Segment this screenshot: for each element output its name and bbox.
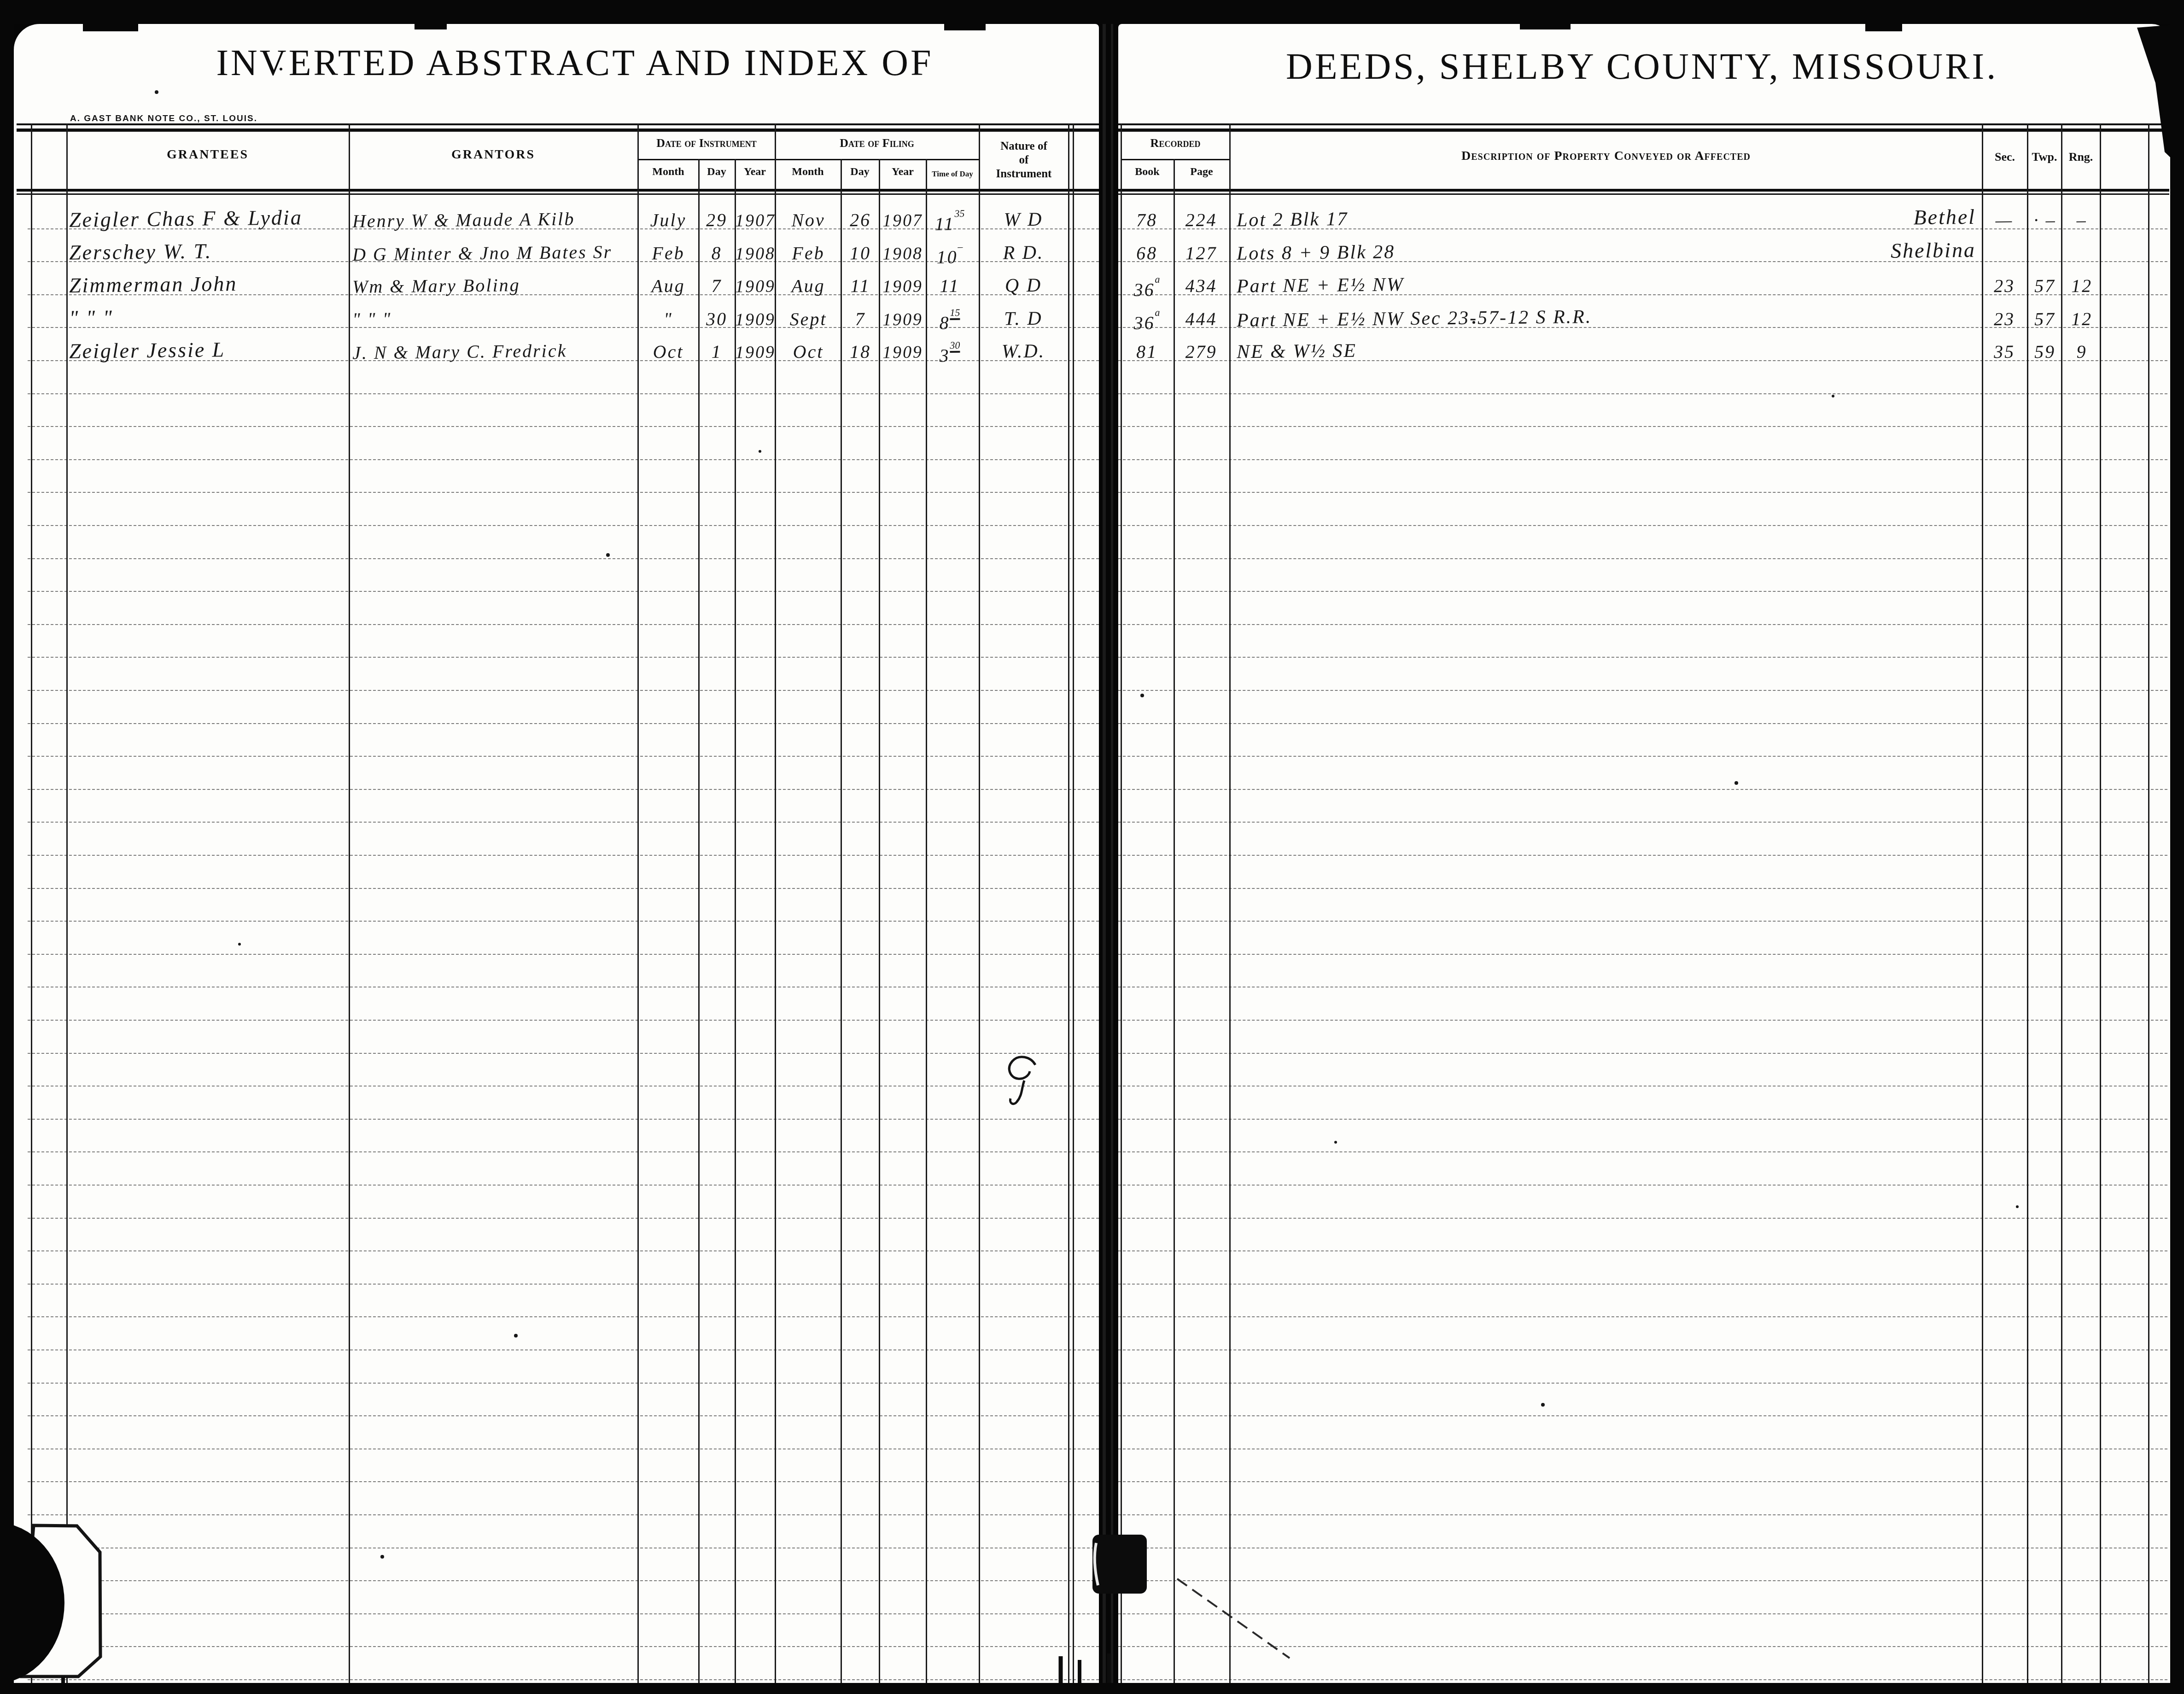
rule [1121, 159, 1230, 160]
row-rule [1118, 921, 2167, 922]
col-header-grantees: GRANTEES [167, 147, 249, 162]
cell-book: 36a [1133, 275, 1160, 301]
book-suffix: a [1155, 273, 1160, 285]
row-rule [1118, 525, 2167, 526]
row-rule [1118, 459, 2167, 460]
row-rule [28, 1218, 1099, 1219]
cell-inst-day: 1 [711, 341, 722, 363]
cell-file-day: 10 [850, 242, 871, 264]
cell-time-of-day: 815 [939, 308, 960, 334]
scan-edge-left [0, 0, 14, 1694]
cell-file-year: 1909 [882, 276, 923, 298]
row-rule [1118, 1284, 2167, 1285]
cell-book: 68 [1136, 242, 1158, 264]
cell-desc: NE & W½ SE [1237, 339, 1357, 364]
cell-rng: 12 [2071, 308, 2093, 330]
scan-edge-right [2170, 0, 2184, 1694]
time-superscript: 35 [954, 207, 964, 219]
cell-nature: T. D [1004, 307, 1043, 331]
scan-edge-bottom [0, 1683, 2184, 1694]
col-header-inst-month: Month [652, 166, 684, 178]
row-rule [28, 492, 1099, 493]
row-rule [1118, 1316, 2167, 1317]
cell-grantees: Zimmerman John [69, 271, 238, 298]
cell-place: Bethel [1515, 205, 1976, 234]
row-rule [1118, 1548, 2167, 1548]
cell-grantees: Zerschey W. T. [69, 238, 212, 265]
row-rule [1118, 822, 2167, 823]
cell-inst-day: 30 [706, 308, 728, 330]
row-rule [1118, 756, 2167, 757]
row-rule [1118, 1151, 2167, 1152]
cell-page: 434 [1185, 275, 1217, 298]
cell-inst-day: 8 [711, 242, 722, 264]
cell-book: 78 [1136, 209, 1158, 231]
row-rule [28, 921, 1099, 922]
row-rule [1118, 1053, 2167, 1054]
cell-sec: — [1995, 209, 2013, 231]
cell-sec: 23 [1994, 275, 2015, 297]
row-rule [28, 855, 1099, 856]
row-rule [28, 1514, 1099, 1515]
row-rule [28, 1548, 1099, 1548]
nature-line-2: of [996, 153, 1052, 167]
cell-inst-month: Aug [651, 275, 685, 298]
row-rule [1118, 1514, 2167, 1515]
row-rule [28, 789, 1099, 790]
cell-grantors: Wm & Mary Boling [352, 274, 520, 298]
cell-grantors: J. N & Mary C. Fredrick [352, 340, 567, 364]
row-rule [1118, 492, 2167, 493]
cell-inst-day: 7 [711, 275, 722, 297]
cell-desc: Part NE + E½ NW [1237, 273, 1404, 298]
row-rule [1118, 624, 2167, 625]
cell-inst-year: 1907 [735, 210, 776, 232]
cell-file-year: 1909 [882, 309, 923, 331]
row-rule [1118, 1679, 2167, 1680]
ledger-scan: INVERTED ABSTRACT AND INDEX OF DEEDS, SH… [0, 0, 2184, 1694]
col-header-inst-year: Year [744, 166, 766, 178]
col-header-file-month: Month [792, 166, 823, 178]
row-rule [1118, 1646, 2167, 1647]
time-superscript: – [958, 240, 963, 252]
row-rule [28, 657, 1099, 658]
row-rule [28, 1185, 1099, 1186]
cell-file-day: 18 [850, 341, 871, 363]
cell-file-year: 1907 [882, 210, 923, 232]
cell-desc: Lots 8 + 9 Blk 28 [1237, 240, 1396, 265]
row-rule [1118, 954, 2167, 955]
row-rule [1118, 591, 2167, 592]
nature-line-1: Nature of [996, 140, 1052, 153]
book-suffix: a [1155, 306, 1160, 318]
row-rule [28, 327, 1099, 328]
cell-time-of-day: 10– [936, 242, 963, 269]
nature-line-3: Instrument [996, 167, 1052, 181]
cell-rng: – [2076, 209, 2087, 231]
cell-time-of-day: 330 [939, 341, 960, 367]
row-rule [1118, 855, 2167, 856]
cell-inst-month: " [664, 308, 673, 330]
row-rule [1118, 1020, 2167, 1021]
col-header-description: Description of Property Conveyed or Affe… [1461, 149, 1751, 164]
rule [17, 193, 1099, 195]
cell-grantees: Zeigler Chas F & Lydia [69, 204, 303, 232]
cell-book: 36a [1133, 308, 1160, 334]
row-rule [1118, 1250, 2167, 1251]
row-rule [1118, 1349, 2167, 1350]
cell-sec: 23 [1994, 308, 2015, 330]
cell-file-month: Feb [792, 242, 825, 265]
col-header-sec: Sec. [1995, 150, 2015, 164]
row-rule [28, 426, 1099, 427]
time-superscript: 15 [950, 306, 960, 320]
cell-inst-year: 1909 [735, 342, 776, 363]
cell-file-year: 1908 [882, 243, 923, 265]
left-page-title: INVERTED ABSTRACT AND INDEX OF [216, 42, 933, 84]
rule [1118, 189, 2169, 192]
cell-grantees: " " " [69, 304, 114, 330]
row-rule [1118, 1119, 2167, 1120]
row-rule [28, 1119, 1099, 1120]
col-header-date-of-filing: Date of Filing [840, 136, 914, 150]
cell-page: 127 [1185, 242, 1217, 265]
col-header-page: Page [1190, 166, 1213, 178]
col-header-twp: Twp. [2032, 150, 2057, 164]
row-rule [1118, 1218, 2167, 1219]
row-rule [1118, 1383, 2167, 1384]
row-rule [1118, 393, 2167, 394]
rule [638, 159, 979, 160]
cell-twp: 57 [2034, 275, 2056, 297]
cell-page: 444 [1185, 308, 1217, 331]
printer-imprint: A. GAST BANK NOTE CO., ST. LOUIS. [70, 114, 257, 124]
binding-rule [1111, 24, 1113, 1683]
row-rule [1118, 1580, 2167, 1581]
row-rule [28, 393, 1099, 394]
row-rule [1118, 723, 2167, 724]
cell-rng: 9 [2076, 341, 2087, 363]
row-rule [28, 1053, 1099, 1054]
col-header-book: Book [1135, 166, 1159, 178]
cell-file-month: Aug [791, 275, 825, 298]
row-rule [28, 558, 1099, 559]
row-rule [28, 1613, 1099, 1614]
row-rule [28, 1250, 1099, 1251]
col-header-inst-day: Day [707, 166, 726, 178]
cell-inst-day: 29 [706, 209, 728, 231]
row-rule [28, 690, 1099, 691]
cell-desc: Lot 2 Blk 17 [1237, 208, 1349, 232]
cell-file-month: Oct [793, 341, 823, 363]
cell-twp: 59 [2034, 341, 2056, 363]
col-header-grantors: GRANTORS [451, 147, 535, 162]
row-rule [1118, 1185, 2167, 1186]
row-rule [28, 1151, 1099, 1152]
cell-book: 81 [1136, 341, 1158, 363]
cell-file-day: 11 [850, 275, 870, 297]
cell-inst-month: July [650, 209, 686, 232]
cell-twp: 57 [2034, 308, 2056, 330]
row-rule [1118, 558, 2167, 559]
cell-file-year: 1909 [882, 342, 923, 363]
cell-grantees: Zeigler Jessie L [69, 337, 226, 364]
row-rule [1118, 888, 2167, 889]
rule [17, 189, 1099, 192]
row-rule [28, 1316, 1099, 1317]
cell-desc: Part NE + E½ NW Sec 23-57-12 S R.R. [1237, 305, 1592, 332]
row-rule [1118, 1481, 2167, 1482]
col-header-file-year: Year [892, 166, 914, 178]
col-header-recorded: Recorded [1150, 136, 1201, 150]
cell-file-day: 7 [855, 308, 866, 330]
col-header-nature-of-instrument: Nature of of Instrument [996, 140, 1052, 181]
cell-time-of-day: 11 [940, 275, 960, 297]
cell-time-of-day: 1135 [934, 209, 965, 235]
cell-inst-year: 1908 [735, 243, 776, 265]
row-rule [28, 954, 1099, 955]
row-rule [28, 1646, 1099, 1647]
cell-sec: 35 [1994, 341, 2015, 363]
cell-inst-month: Feb [652, 242, 685, 265]
row-rule [28, 1679, 1099, 1680]
cell-file-month: Nov [791, 209, 825, 232]
cell-grantors: " " " [352, 308, 392, 331]
row-rule [1118, 657, 2167, 658]
rule [17, 129, 1099, 132]
row-rule [28, 1449, 1099, 1449]
cell-nature: R D. [1003, 241, 1044, 265]
cell-grantors: Henry W & Maude A Kilb [352, 208, 575, 232]
cell-nature: W D [1004, 208, 1043, 232]
cell-inst-month: Oct [653, 341, 683, 363]
cell-rng: 12 [2071, 275, 2093, 297]
row-rule [28, 525, 1099, 526]
right-page-title: DEEDS, SHELBY COUNTY, MISSOURI. [1286, 46, 1998, 88]
cell-nature: Q D [1005, 274, 1042, 298]
binding-rule [1103, 24, 1106, 1683]
row-rule [28, 723, 1099, 724]
time-superscript: 30 [950, 339, 960, 352]
row-rule [28, 1383, 1099, 1384]
row-rule [28, 624, 1099, 625]
cell-page: 279 [1185, 341, 1217, 363]
rule [1118, 193, 2169, 195]
row-rule [28, 1580, 1099, 1581]
cell-page: 224 [1185, 209, 1217, 232]
row-rule [1118, 1086, 2167, 1086]
row-rule [1118, 690, 2167, 691]
col-header-time-of-day: Time of Day [932, 169, 973, 179]
right-page [1118, 24, 2170, 1683]
row-rule [28, 1349, 1099, 1350]
row-rule [28, 1284, 1099, 1285]
row-rule [1118, 1415, 2167, 1416]
cell-file-month: Sept [789, 308, 827, 331]
rule [1118, 123, 2169, 125]
row-rule [1118, 789, 2167, 790]
row-rule [1118, 987, 2167, 987]
row-rule [28, 987, 1099, 987]
row-rule [28, 888, 1099, 889]
row-rule [28, 1481, 1099, 1482]
cell-nature: W.D. [1002, 340, 1045, 363]
row-rule [1118, 1613, 2167, 1614]
cell-grantors: D G Minter & Jno M Bates Sr [352, 241, 613, 266]
cell-inst-year: 1909 [735, 276, 776, 298]
col-header-file-day: Day [850, 166, 869, 178]
row-rule [28, 1020, 1099, 1021]
col-header-date-of-instrument: Date of Instrument [656, 136, 757, 150]
cell-place: Shelbina [1515, 238, 1976, 267]
row-rule [28, 1415, 1099, 1416]
row-rule [28, 459, 1099, 460]
cell-inst-year: 1909 [735, 309, 776, 331]
row-rule [28, 1086, 1099, 1086]
row-rule [28, 591, 1099, 592]
scan-edge-top [0, 0, 2184, 24]
row-rule [28, 756, 1099, 757]
row-rule [1118, 1449, 2167, 1449]
cell-twp: · – [2033, 209, 2056, 232]
row-rule [28, 822, 1099, 823]
cell-file-day: 26 [850, 209, 871, 231]
col-header-rng: Rng. [2069, 150, 2093, 164]
rule [1118, 129, 2169, 132]
row-rule [1118, 426, 2167, 427]
